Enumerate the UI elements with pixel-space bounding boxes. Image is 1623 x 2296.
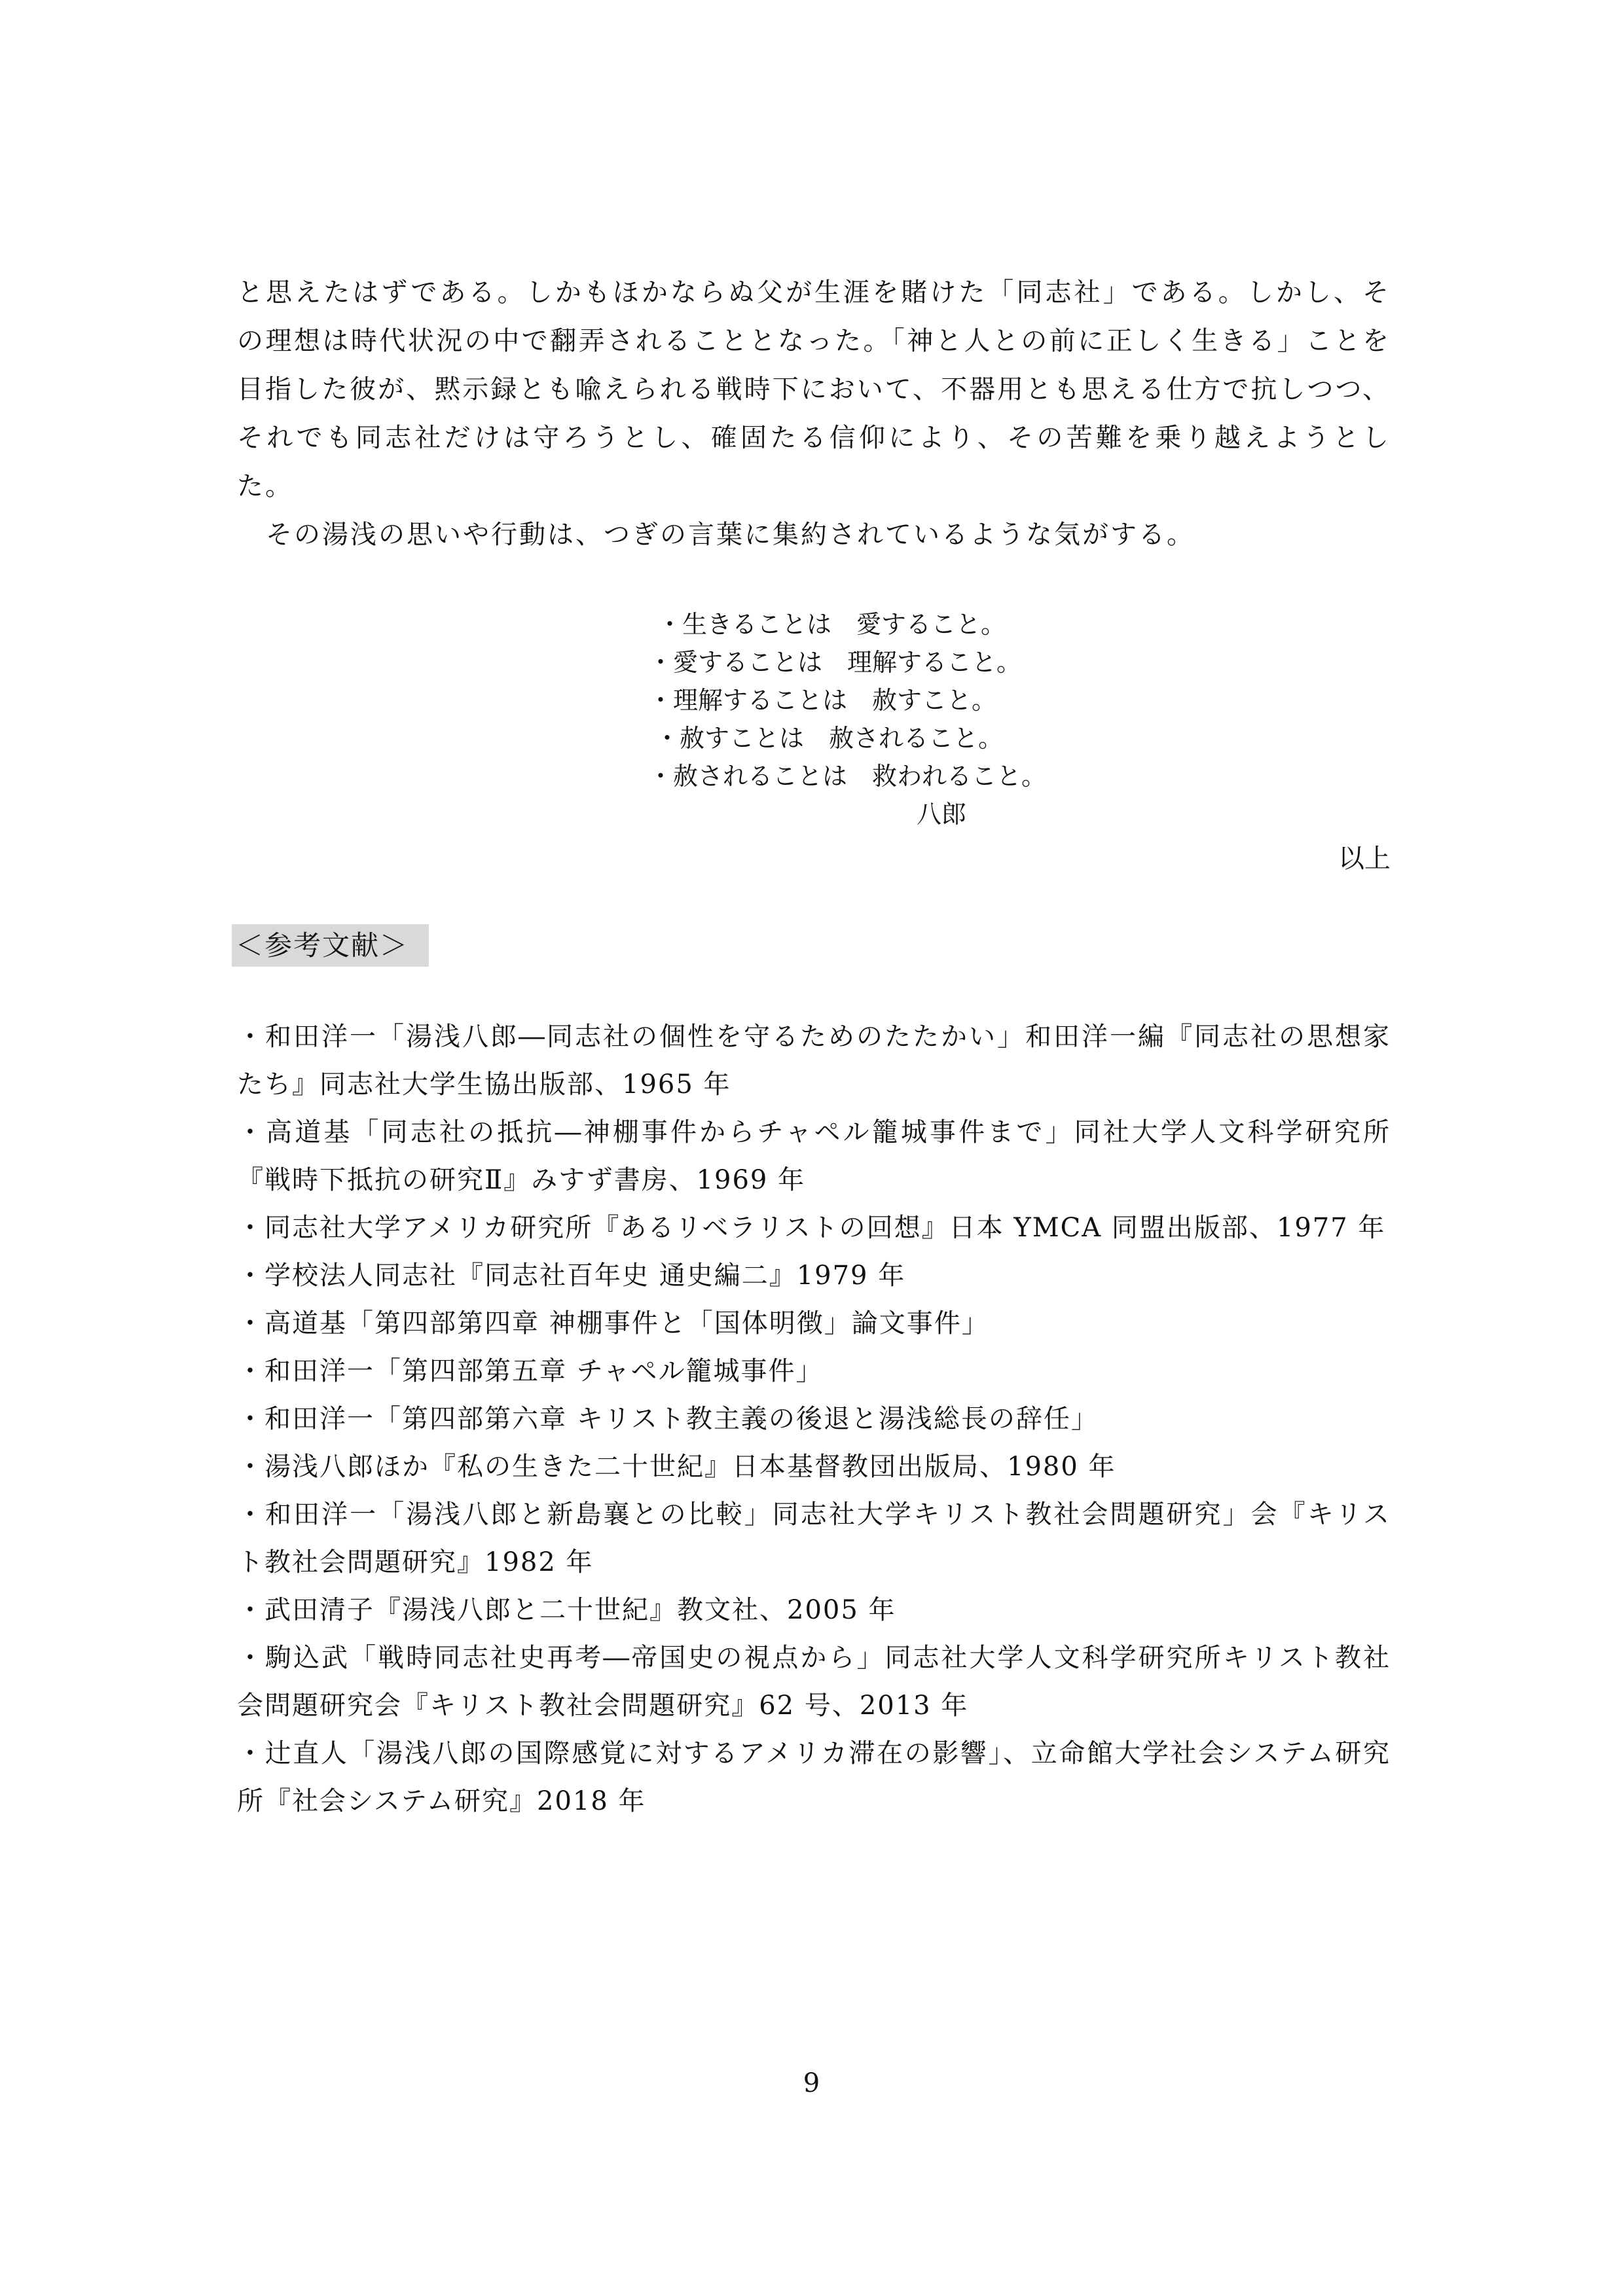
poem-line: ・赦されることは 救われること。	[648, 757, 1046, 795]
reference-item: ・辻直人「湯浅八郎の国際感覚に対するアメリカ滞在の影響」、立命館大学社会システム…	[237, 1730, 1391, 1825]
quoted-poem: ・生きることは 愛すること。 ・愛することは 理解すること。 ・理解することは …	[648, 605, 1046, 833]
reference-item: ・和田洋一「第四部第六章 キリスト教主義の後退と湯浅総長の辞任」	[237, 1395, 1391, 1443]
reference-item: ・湯浅八郎ほか『私の生きた二十世紀』日本基督教団出版局、1980 年	[237, 1443, 1391, 1491]
reference-item: ・和田洋一「第四部第五章 チャペル籠城事件」	[237, 1348, 1391, 1395]
reference-item: ・武田清子『湯浅八郎と二十世紀』教文社、2005 年	[237, 1587, 1391, 1634]
reference-item: ・和田洋一「湯浅八郎と新島襄との比較」同志社大学キリスト教社会問題研究」会『キリ…	[237, 1491, 1391, 1587]
reference-item: ・同志社大学アメリカ研究所『あるリベラリストの回想』日本 YMCA 同盟出版部、…	[237, 1204, 1391, 1252]
body-text: と思えたはずである。しかもほかならぬ父が生涯を賭けた「同志社」である。しかし、そ…	[237, 268, 1391, 559]
references-list: ・和田洋一「湯浅八郎―同志社の個性を守るためのたたかい」和田洋一編『同志社の思想…	[237, 1013, 1391, 1825]
references-heading: ＜参考文献＞	[232, 924, 429, 967]
page-number: 9	[0, 2068, 1623, 2098]
paragraph: その湯浅の思いや行動は、つぎの言葉に集約されているような気がする。	[237, 511, 1391, 559]
reference-item: ・和田洋一「湯浅八郎―同志社の個性を守るためのたたかい」和田洋一編『同志社の思想…	[237, 1013, 1391, 1109]
poem-line: ・生きることは 愛すること。	[657, 605, 1046, 643]
poem-line: ・愛することは 理解すること。	[648, 643, 1046, 681]
reference-item: ・高道基「第四部第四章 神棚事件と「国体明徴」論文事件」	[237, 1300, 1391, 1348]
poem-line: ・理解することは 赦すこと。	[648, 681, 1046, 719]
reference-item: ・高道基「同志社の抵抗―神棚事件からチャペル籠城事件まで」同社大学人文科学研究所…	[237, 1109, 1391, 1204]
reference-item: ・学校法人同志社『同志社百年史 通史編二』1979 年	[237, 1252, 1391, 1300]
closing-mark: 以上	[1338, 838, 1391, 875]
reference-item: ・駒込武「戦時同志社史再考―帝国史の視点から」同志社大学人文科学研究所キリスト教…	[237, 1634, 1391, 1730]
document-page: と思えたはずである。しかもほかならぬ父が生涯を賭けた「同志社」である。しかし、そ…	[0, 0, 1623, 2296]
poem-line: ・赦すことは 赦されること。	[655, 719, 1046, 757]
poem-signature: 八郎	[917, 795, 1046, 833]
paragraph: と思えたはずである。しかもほかならぬ父が生涯を賭けた「同志社」である。しかし、そ…	[237, 268, 1391, 511]
